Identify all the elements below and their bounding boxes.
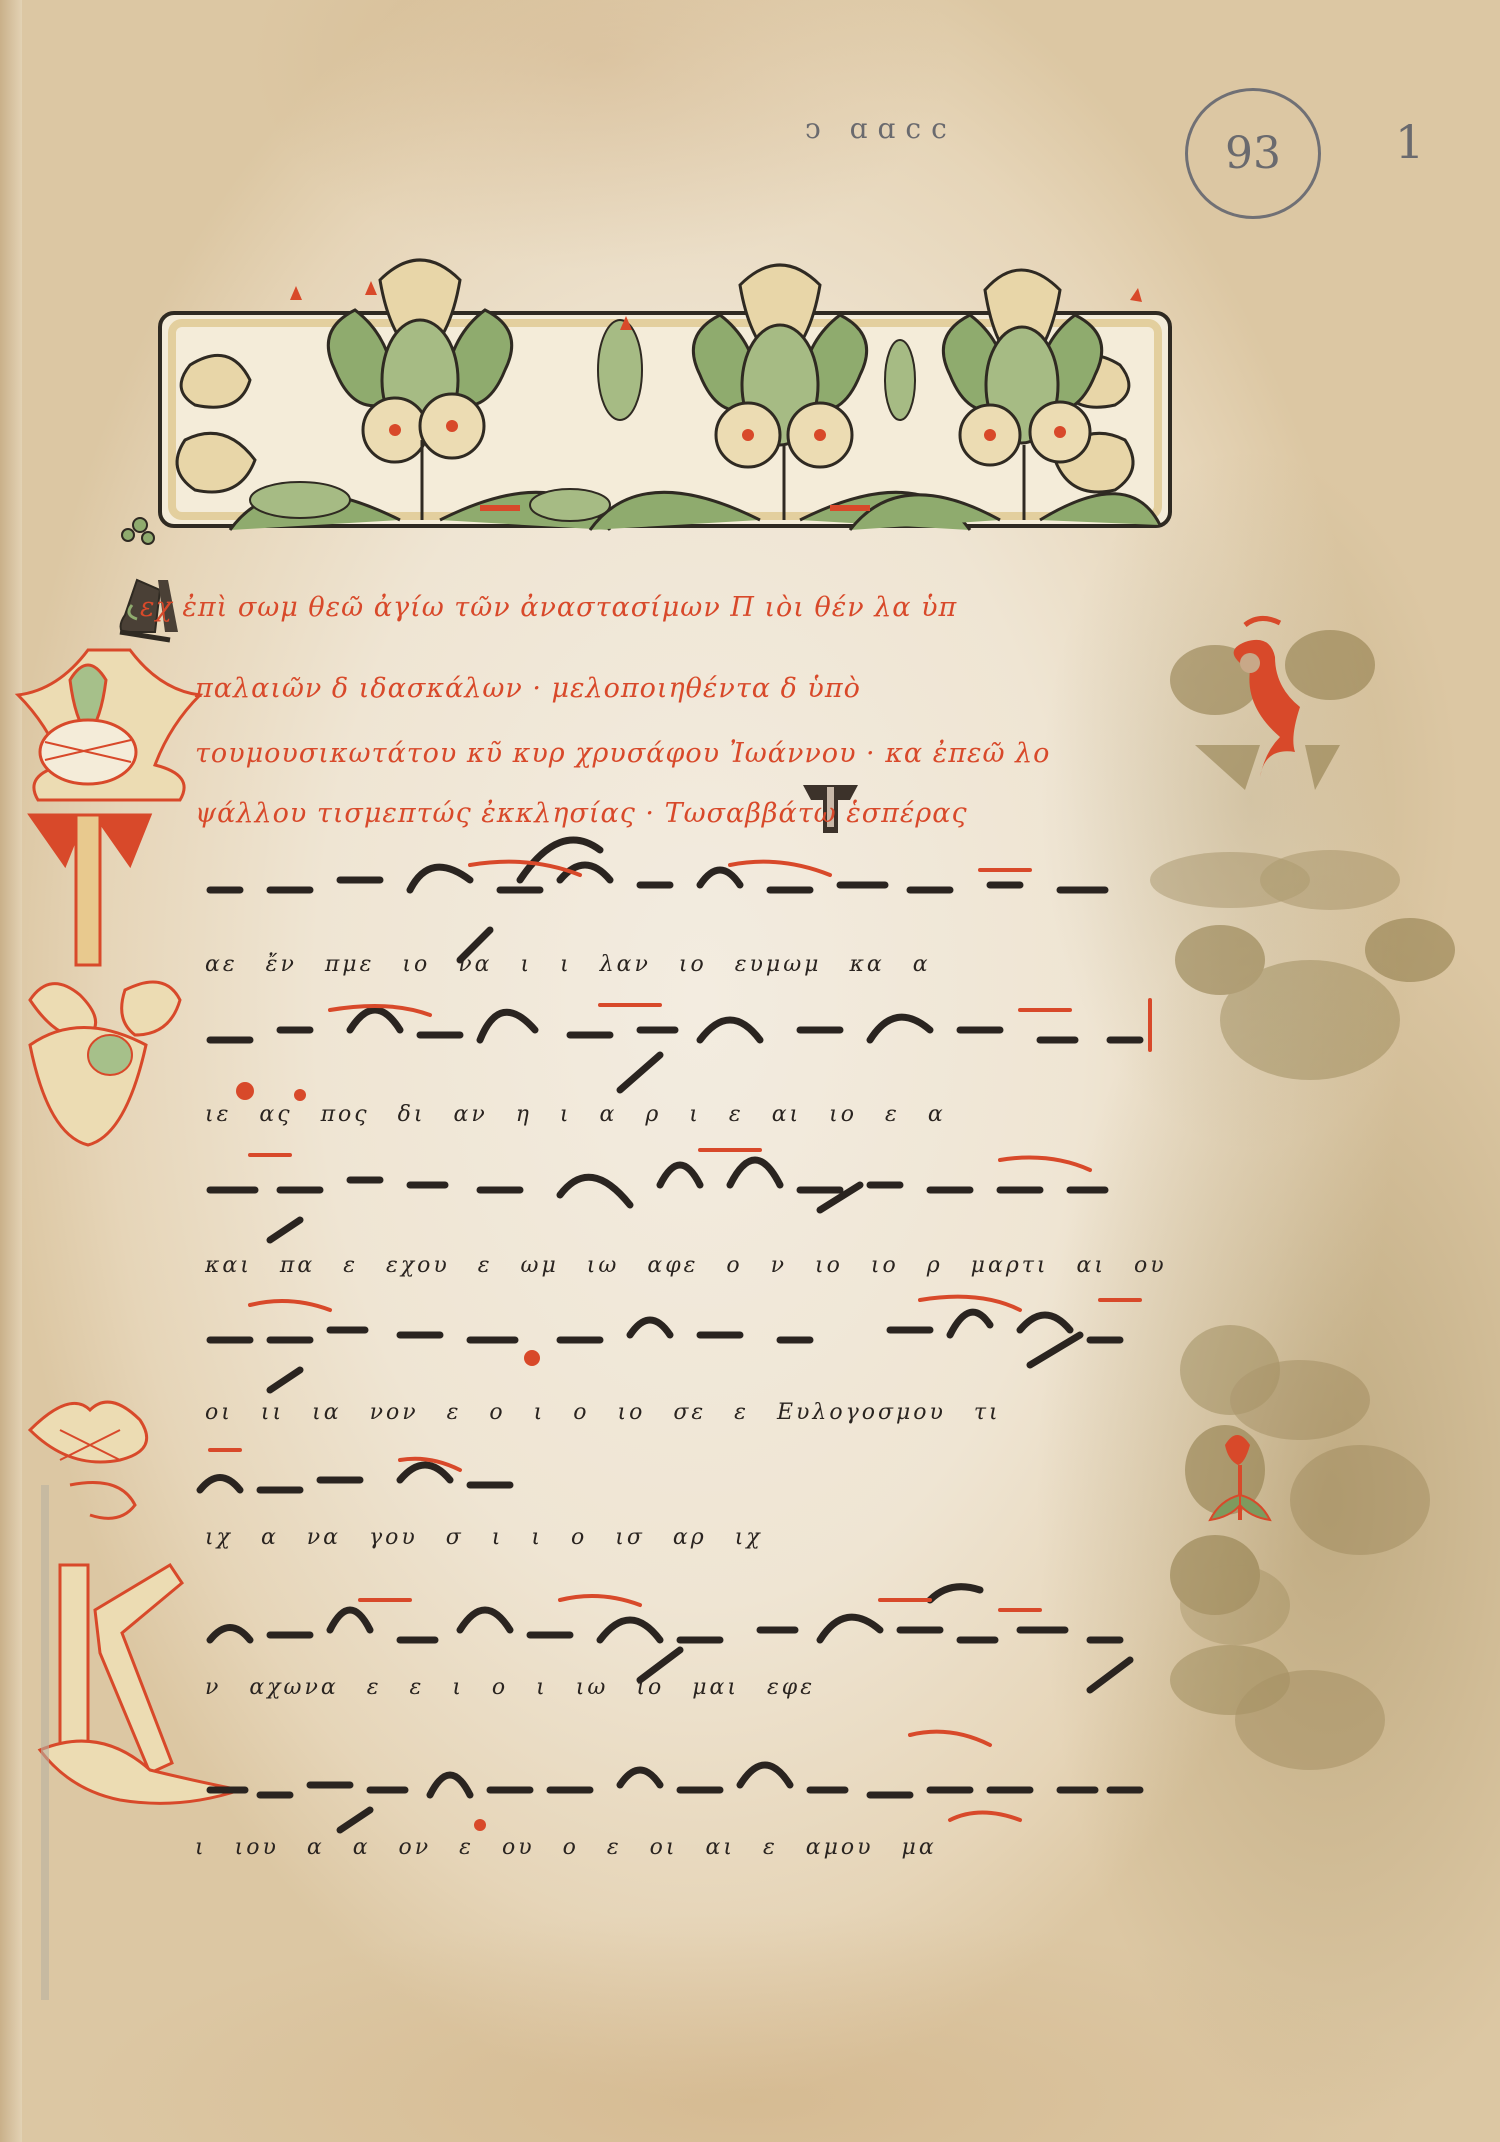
decorations-layer [0, 0, 1500, 2142]
lyric-line-5: ιχ α να γου σ ι ι ο ισ αρ ιχ [205, 1525, 763, 1550]
rubric-line-2: παλαιῶν δ ιδασκάλων · μελοποιηθέντα δ ὑπ… [195, 673, 861, 704]
rubric-line-4: ψάλλου τισμεπτώς ἐκκλησίας · Τωσαββάτω ἑ… [195, 798, 968, 829]
lyric-line-4: οι ιι ια νον ε ο ι ο ιο σε ε Ευλογοσμου … [205, 1400, 1001, 1425]
lyric-line-2: ιε ας πος δι αν η ι α ρ ι ε αι ιο ε α [205, 1102, 946, 1127]
lyric-line-6: ν αχωνα ε ε ι ο ι ιω ιο μαι εφε [205, 1675, 815, 1700]
rubric-line-3: τουμουσικωτάτου κῦ κυρ χρυσάφου Ἰωάννου … [195, 738, 1050, 769]
stain-foliage-icon [1150, 630, 1455, 1770]
lyric-line-1: αε ἔν πμε ιο να ι ι λαν ιο ευμωμ κα α [205, 952, 931, 977]
margin-initial-tau-icon [18, 650, 200, 1145]
manuscript-page: ↄ ɑɑcc 93 1 [0, 0, 1500, 2142]
rubric-line-1: εχ ἐπὶ σωμ θεῶ ἀγίω τῶν ἀναστασίμων Π ιὸ… [140, 592, 957, 623]
lyric-line-7: ι ιου α α ον ε ου ο ε οι αι ε αμου μα [195, 1835, 937, 1860]
margin-initial-kappa-icon [30, 1402, 240, 1803]
lyric-line-3: και πα ε εχου ε ωμ ιω αφε ο ν ιο ιο ρ μα… [205, 1253, 1167, 1278]
headpiece-ornament-icon [160, 260, 1170, 530]
